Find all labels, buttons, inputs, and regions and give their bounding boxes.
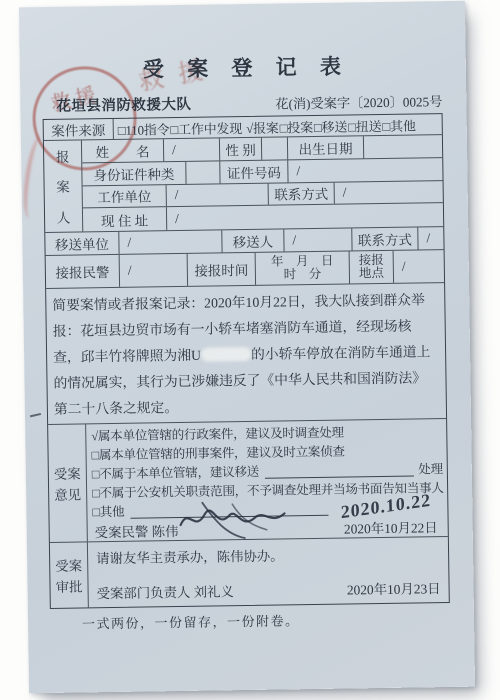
approval-section: 受案 审批 请谢友华主责承办，陈伟协办。 受案部门负责人 刘礼义 2020年10… — [50, 537, 449, 608]
transfer-person-label: 移送人 — [222, 229, 284, 252]
opinion-option-3-text: □不属于本单位管辖，建议移送 — [92, 463, 259, 484]
scanned-document-photo: 救援 救援 受 案 登 记 表 花垣县消防救援大队 花(消)受案字〔2020〕0… — [0, 0, 500, 700]
receive-time-line2: 时 分 — [284, 268, 322, 282]
reporter-label-char: 案 — [56, 176, 70, 196]
case-source-option: □移送 — [314, 119, 347, 134]
approval-responsible: 受案部门负责人 刘礼义 — [96, 581, 234, 602]
transfer-contact-label: 联系方式 — [352, 227, 418, 250]
blank-underline — [265, 461, 414, 479]
opinion-option-3-suffix: 处理 — [418, 460, 443, 479]
gender-value — [262, 137, 288, 159]
handwritten-signature — [174, 493, 305, 543]
opinion-section-label: 受案 意见 — [48, 424, 88, 542]
address-label: 现 住 址 — [83, 207, 167, 231]
approval-label-line: 受案 — [55, 555, 82, 574]
opinion-option-5-text: □其他 — [92, 503, 124, 522]
case-source-option: □110指令 — [118, 122, 170, 138]
reporter-label-char: 报 — [56, 146, 70, 166]
transfer-contact-value: / — [418, 227, 443, 249]
receive-time-label: 接报时间 — [188, 253, 256, 286]
id-no-value: / — [288, 158, 442, 182]
receive-place-value: / — [394, 250, 444, 283]
receive-officer-label: 接报民警 — [46, 255, 120, 288]
approval-section-label: 受案 审批 — [50, 542, 89, 608]
brief-narrative: 简要案情或者报案记录：2020年10月22日，我大队接到群众举报：花垣县边贸市场… — [46, 283, 446, 425]
id-type-label: 身份证件种类 — [82, 162, 186, 185]
case-source-option: □投案 — [280, 119, 313, 134]
paper-sheet: 救援 救援 受 案 登 记 表 花垣县消防救援大队 花(消)受案字〔2020〕0… — [19, 1, 475, 694]
case-source-option: □扭送 — [348, 118, 381, 133]
reporter-rows: 姓 名 / 性 别 出生日期 身份证件种类 证件号码 / — [82, 135, 443, 231]
case-source-label: 案件来源 — [44, 119, 114, 140]
case-source-option-line: □110指令□工作中发现 √报案□投案□移送□扭送□其他 — [116, 115, 417, 138]
case-source-option: □其他 — [382, 118, 415, 133]
receive-place-label-line: 地点 — [359, 267, 384, 281]
form-title: 受 案 登 记 表 — [42, 49, 442, 85]
receive-officer-value: / — [120, 254, 188, 287]
id-type-value — [186, 161, 220, 183]
approval-body: 请谢友华主责承办，陈伟协办。 受案部门负责人 刘礼义 2020年10月23日 — [88, 537, 449, 607]
reporter-section-label: 报 案 人 — [44, 140, 83, 232]
opinion-officer: 受案民警 陈伟 — [95, 521, 179, 541]
reporter-section: 报 案 人 姓 名 / 性 别 出生日期 — [44, 135, 443, 233]
case-source-option: √报案 — [243, 120, 279, 136]
org-name: 花垣县消防救援大队 — [56, 93, 191, 116]
pen-dash-mark — [30, 413, 41, 418]
redacted-plate-blur — [201, 347, 251, 362]
id-no-label: 证件号码 — [220, 160, 288, 183]
receive-time-value: 年 月 日 时 分 — [256, 251, 350, 284]
transfer-unit-label: 移送单位 — [45, 232, 119, 255]
opinion-label-line: 意见 — [54, 484, 81, 503]
contact-value: / — [335, 181, 443, 204]
dob-value — [364, 135, 442, 158]
doc-number: 花(消)受案字〔2020〕0025号 — [275, 91, 442, 112]
approval-date: 2020年10月23日 — [347, 578, 441, 598]
transfer-unit-value: / — [119, 230, 222, 254]
name-label: 姓 名 — [82, 139, 164, 162]
footer-note: 一式两份，一份留存，一份附卷。 — [82, 610, 300, 632]
dob-label: 出生日期 — [288, 136, 364, 159]
work-value: / — [167, 183, 269, 206]
approval-responsible-row: 受案部门负责人 刘礼义 2020年10月23日 — [88, 578, 448, 607]
header-line: 花垣县消防救援大队 花(消)受案字〔2020〕0025号 — [42, 89, 442, 116]
gender-label: 性 别 — [220, 138, 262, 160]
opinion-label-line: 受案 — [54, 463, 81, 482]
transfer-person-value: / — [284, 228, 352, 251]
reporter-label-char: 人 — [57, 206, 71, 226]
form-content: 救援 救援 受 案 登 记 表 花垣县消防救援大队 花(消)受案字〔2020〕0… — [19, 1, 475, 694]
case-source-option: □工作中发现 — [170, 121, 242, 137]
contact-label: 联系方式 — [269, 182, 335, 205]
address-value: / — [167, 203, 443, 230]
name-value: / — [164, 138, 220, 161]
receive-place-label: 接报 地点 — [350, 251, 394, 284]
approval-label-line: 审批 — [55, 576, 82, 595]
work-label: 工作单位 — [83, 185, 167, 208]
